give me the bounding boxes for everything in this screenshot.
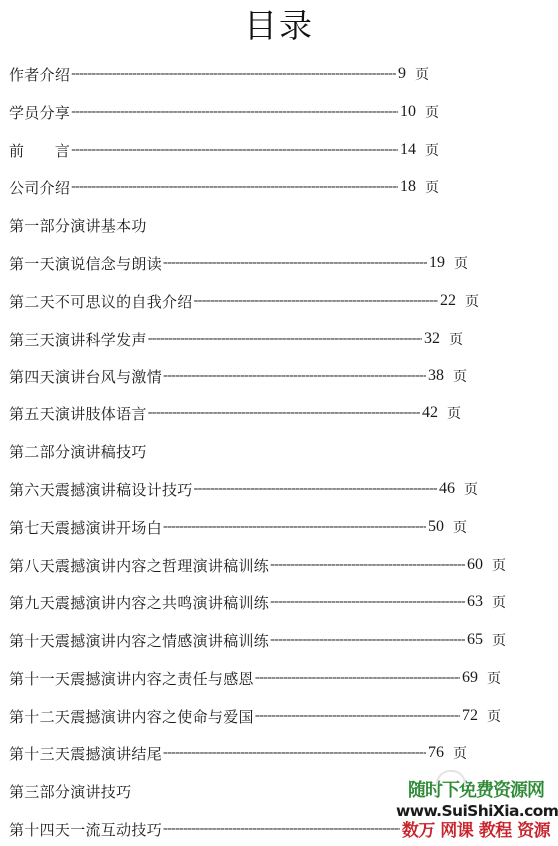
toc-entry[interactable]: 第十一天震撼演讲内容之责任与感恩 -----------------------… (9, 664, 501, 692)
toc-page-number: 22 (440, 292, 456, 310)
leader-dots: ----------------------------------------… (255, 670, 460, 686)
toc-entry[interactable]: 第二天不可思议的自我介绍 ---------------------------… (9, 287, 479, 315)
toc-page-number: 63 (467, 593, 483, 611)
toc-entry-title: 第十四天一流互动技巧 (9, 819, 162, 840)
watermark-logo-icon (436, 770, 466, 786)
toc-page-unit: 页 (415, 64, 429, 84)
toc-entry-title: 第九天震撼演讲内容之共鸣演讲稿训练 (9, 592, 269, 613)
toc-entry[interactable]: 第十四天一流互动技巧 -----------------------------… (9, 815, 401, 843)
toc-page-unit: 页 (465, 291, 479, 311)
toc-page-number: 14 (400, 141, 416, 159)
toc-entry[interactable]: 第六天震撼演讲稿设计技巧 ---------------------------… (9, 475, 478, 503)
leader-dots: ----------------------------------------… (163, 519, 426, 535)
toc-page-unit: 页 (453, 517, 467, 537)
toc-entry[interactable]: 第八天震撼演讲内容之哲理演讲稿训练 ----------------------… (9, 551, 506, 579)
toc-page-number: 19 (429, 254, 445, 272)
toc-entry-title: 第七天震撼演讲开场白 (9, 517, 162, 538)
toc-page-unit: 页 (492, 592, 506, 612)
toc-page-number: 69 (462, 669, 478, 687)
toc-page-number: 18 (400, 178, 416, 196)
toc-entry[interactable]: 第三天演讲科学发声 ------------------------------… (9, 325, 463, 353)
toc-page-number: 46 (439, 480, 455, 498)
page-title: 目录 (0, 4, 558, 48)
leader-dots: ----------------------------------------… (71, 104, 398, 120)
leader-dots: ----------------------------------------… (163, 368, 426, 384)
toc-page-unit: 页 (487, 668, 501, 688)
toc-page-unit: 页 (454, 253, 468, 273)
toc-entry-title: 前 言 (9, 140, 70, 161)
toc-page-unit: 页 (447, 403, 461, 423)
leader-dots: ----------------------------------------… (71, 179, 398, 195)
toc-page-unit: 页 (425, 177, 439, 197)
toc-entry[interactable]: 作者介绍 -----------------------------------… (9, 60, 429, 88)
toc-entry-title: 公司介绍 (9, 177, 70, 198)
toc-page-number: 50 (428, 518, 444, 536)
toc-section-heading[interactable]: 第三部分演讲技巧 (9, 777, 131, 805)
toc-page-number: 42 (422, 404, 438, 422)
watermark: 随时下免费资源网 www.SuiShiXia.com 数万 网课 教程 资源 (396, 780, 556, 842)
toc-entry-title: 作者介绍 (9, 64, 70, 85)
toc-page-number: 76 (428, 744, 444, 762)
toc-entry-title: 第二天不可思议的自我介绍 (9, 291, 193, 312)
toc-entry-title: 第六天震撼演讲稿设计技巧 (9, 479, 193, 500)
toc-entry[interactable]: 第十天震撼演讲内容之情感演讲稿训练 ----------------------… (9, 626, 506, 654)
leader-dots: ----------------------------------------… (148, 331, 422, 347)
toc-page-unit: 页 (453, 743, 467, 763)
toc-entry-title: 第十三天震撼演讲结尾 (9, 743, 162, 764)
leader-dots: ----------------------------------------… (163, 745, 426, 761)
leader-dots: ----------------------------------------… (163, 821, 400, 837)
toc-section-heading[interactable]: 第一部分演讲基本功 (9, 211, 147, 239)
toc-page-number: 10 (400, 103, 416, 121)
toc-entry[interactable]: 第七天震撼演讲开场白 -----------------------------… (9, 513, 467, 541)
toc-entry[interactable]: 第四天演讲台风与激情 -----------------------------… (9, 362, 467, 390)
toc-page-unit: 页 (449, 329, 463, 349)
toc-page-unit: 页 (425, 140, 439, 160)
toc-entry-title: 第十二天震撼演讲内容之使命与爱国 (9, 706, 254, 727)
toc-entry[interactable]: 第十二天震撼演讲内容之使命与爱国 -----------------------… (9, 702, 501, 730)
leader-dots: ----------------------------------------… (255, 708, 460, 724)
toc-entry-title: 学员分享 (9, 102, 70, 123)
watermark-site-name: 随时下免费资源网 (396, 780, 556, 802)
toc-page-unit: 页 (492, 630, 506, 650)
toc-entry[interactable]: 学员分享 -----------------------------------… (9, 98, 439, 126)
watermark-slogan: 数万 网课 教程 资源 (396, 820, 556, 842)
leader-dots: ----------------------------------------… (194, 293, 438, 309)
toc-page-number: 32 (424, 330, 440, 348)
toc-entry[interactable]: 第十三天震撼演讲结尾 -----------------------------… (9, 739, 467, 767)
toc-entry[interactable]: 公司介绍 -----------------------------------… (9, 173, 439, 201)
toc-page-number: 60 (467, 556, 483, 574)
toc-page-number: 38 (428, 367, 444, 385)
toc-entry[interactable]: 第一天演说信念与朗读 -----------------------------… (9, 249, 468, 277)
toc-page-number: 65 (467, 631, 483, 649)
toc-entry-title: 第十天震撼演讲内容之情感演讲稿训练 (9, 630, 269, 651)
toc-entry-title: 第八天震撼演讲内容之哲理演讲稿训练 (9, 555, 269, 576)
toc-entry-title: 第五天演讲肢体语言 (9, 403, 147, 424)
toc-page-unit: 页 (487, 706, 501, 726)
toc-entry[interactable]: 第九天震撼演讲内容之共鸣演讲稿训练 ----------------------… (9, 588, 506, 616)
watermark-url: www.SuiShiXia.com (396, 802, 556, 820)
leader-dots: ----------------------------------------… (71, 142, 398, 158)
toc-section-heading[interactable]: 第二部分演讲稿技巧 (9, 437, 147, 465)
toc-section-title: 第一部分演讲基本功 (9, 215, 147, 236)
leader-dots: ----------------------------------------… (163, 255, 427, 271)
toc-section-title: 第二部分演讲稿技巧 (9, 441, 147, 462)
toc-page-unit: 页 (464, 479, 478, 499)
toc-entry-title: 第十一天震撼演讲内容之责任与感恩 (9, 668, 254, 689)
toc-entry-title: 第一天演说信念与朗读 (9, 253, 162, 274)
toc-entry[interactable]: 前 言 ------------------------------------… (9, 136, 439, 164)
toc-page-unit: 页 (453, 366, 467, 386)
leader-dots: ----------------------------------------… (270, 557, 465, 573)
toc-page-unit: 页 (492, 555, 506, 575)
toc-page-number: 72 (462, 707, 478, 725)
leader-dots: ----------------------------------------… (71, 66, 396, 82)
leader-dots: ----------------------------------------… (270, 632, 465, 648)
leader-dots: ----------------------------------------… (270, 594, 465, 610)
toc-entry[interactable]: 第五天演讲肢体语言 ------------------------------… (9, 399, 461, 427)
toc-entry-title: 第三天演讲科学发声 (9, 329, 147, 350)
toc-section-title: 第三部分演讲技巧 (9, 781, 131, 802)
toc-entry-title: 第四天演讲台风与激情 (9, 366, 162, 387)
toc-page-number: 9 (398, 65, 406, 83)
toc-page-unit: 页 (425, 102, 439, 122)
leader-dots: ----------------------------------------… (194, 481, 437, 497)
leader-dots: ----------------------------------------… (148, 405, 420, 421)
